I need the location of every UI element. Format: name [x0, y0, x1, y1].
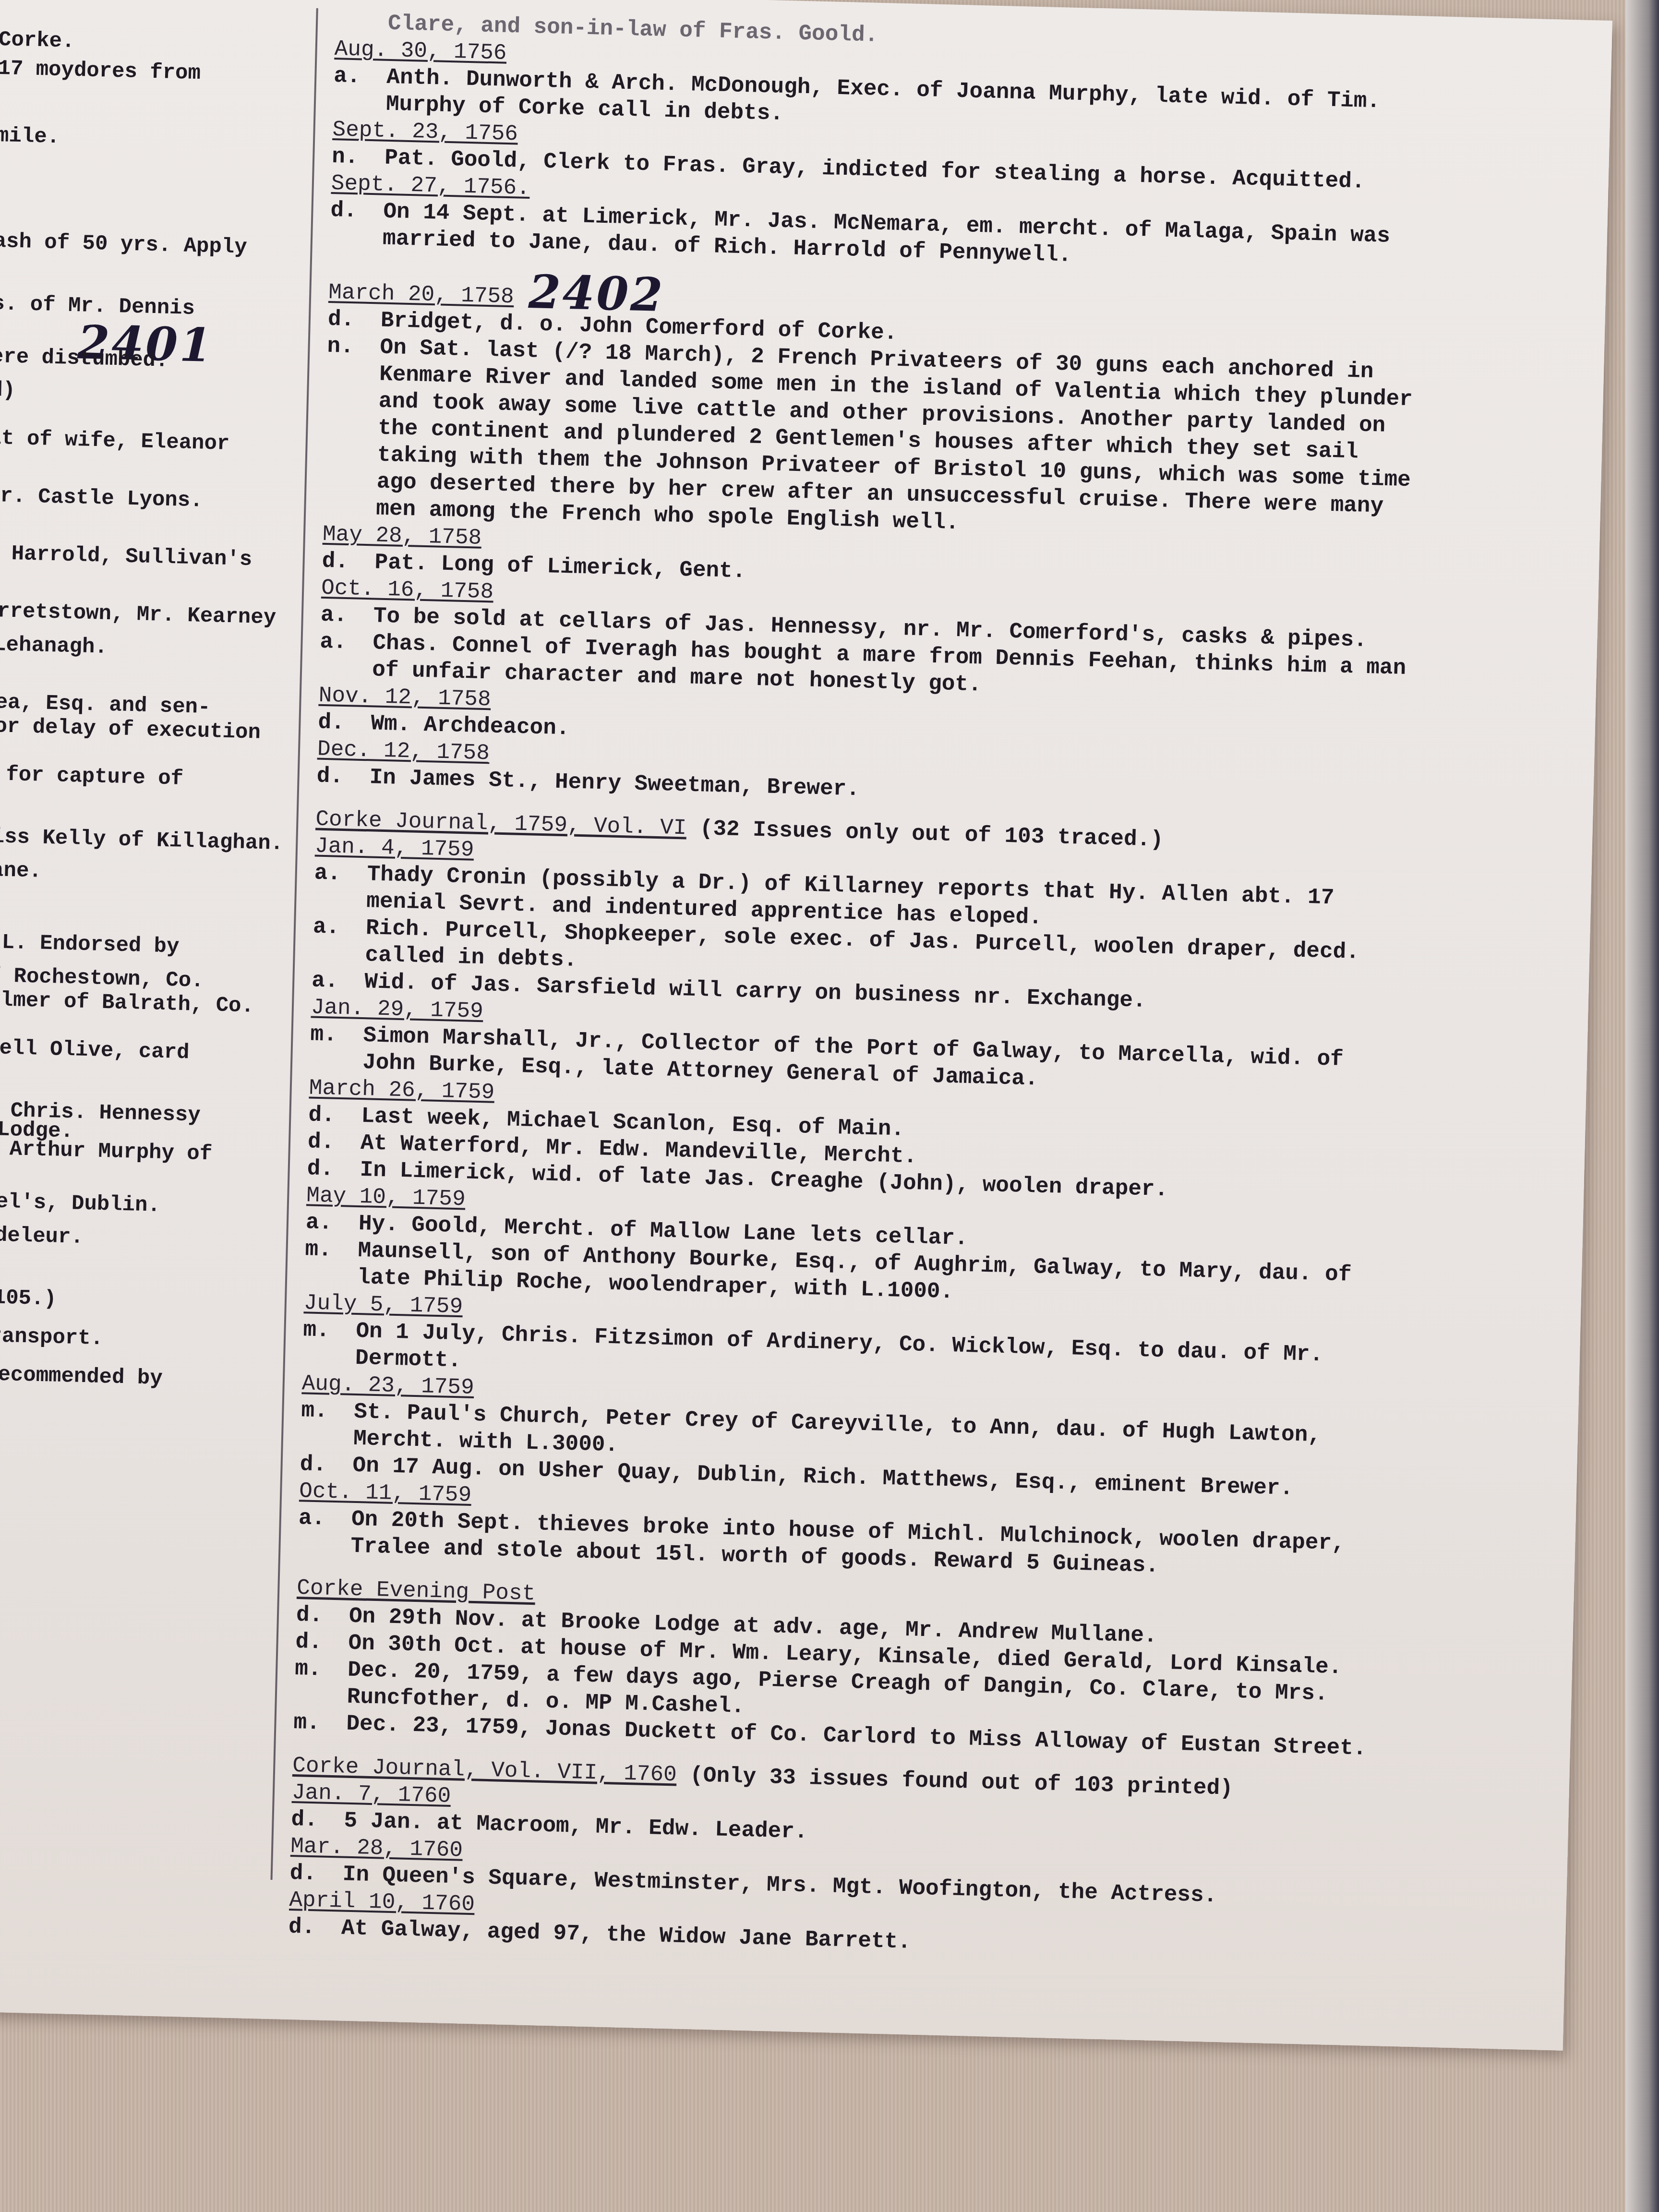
entry-type-code: m.: [310, 1021, 363, 1049]
entry-text: Dermott.: [355, 1345, 461, 1374]
left-column-fragment: andeleur.: [0, 1224, 84, 1248]
entry-type-code: [324, 440, 377, 469]
entry-type-code: [310, 1047, 363, 1076]
left-column-fragment: f 105.): [0, 1286, 57, 1310]
left-column-fragment: Miss Kelly of Killaghan.: [0, 826, 284, 854]
left-column-fragment: c.: [0, 888, 3, 910]
left-column-fragment: ash of 50 yrs. Apply: [0, 231, 247, 258]
entry-list: Aug. 30, 1756a.Anth. Dunworth & Arch. Mc…: [288, 36, 1601, 1971]
entry-type-code: [323, 494, 376, 522]
entry-type-code: a.: [320, 628, 373, 657]
left-column-fragment: of Rochestown, Co.: [0, 965, 204, 992]
left-column-fragment: d): [0, 380, 16, 401]
left-column: 2401 Corke.17 moydores frommile.ash of 5…: [0, 0, 307, 8]
entry-type-code: d.: [289, 1860, 343, 1888]
entry-type-code: [329, 224, 383, 252]
entry-type-code: d.: [327, 306, 381, 334]
entry-date: March 20, 1758: [328, 279, 515, 310]
entry-type-code: [324, 467, 377, 495]
entry-text: Wm. Archdeacon.: [371, 710, 570, 742]
entry-type-code: d.: [296, 1601, 349, 1630]
entry-type-code: d.: [308, 1101, 361, 1130]
left-column-fragment: it of wife, Eleanor: [0, 428, 230, 455]
entry-date: April 10, 1760: [289, 1887, 475, 1918]
dated-entry: March 20, 17582402d.Bridget, d. o. John …: [323, 251, 1597, 552]
entry-type-code: d.: [300, 1451, 353, 1479]
left-column-fragment: kwell Olive, card: [0, 1037, 190, 1063]
entry-type-code: d.: [330, 197, 384, 225]
left-column-fragment: 0 L. Endorsed by: [0, 931, 180, 957]
entry-date: May 28, 1758: [322, 521, 482, 552]
left-column-fragment: Lehanagh.: [0, 634, 108, 658]
entry-type-code: [312, 940, 365, 968]
entry-type-code: a.: [312, 967, 365, 995]
dated-entry: Corke Evening Postd.On 29th Nov. at Broo…: [293, 1558, 1564, 1767]
left-column-fragment: Corke.: [0, 29, 75, 52]
entry-type-code: d.: [295, 1628, 349, 1657]
entry-type-code: [302, 1343, 355, 1371]
entry-type-code: d.: [291, 1806, 344, 1834]
entry-type-code: [300, 1424, 353, 1452]
entry-type-code: a.: [298, 1504, 351, 1533]
entry-type-code: d.: [307, 1155, 360, 1183]
entry-type-code: [326, 360, 380, 388]
left-column-fragment: Transport.: [0, 1325, 104, 1349]
left-column-fragment: arretstown, Mr. Kearney: [0, 601, 276, 629]
entry-type-code: d.: [307, 1128, 361, 1156]
entry-type-code: n.: [327, 333, 380, 361]
entry-type-code: [325, 386, 379, 415]
left-column-fragment: , for capture of: [0, 763, 184, 789]
left-column-fragment: 17 moydores from: [0, 58, 201, 84]
entry-type-code: m.: [303, 1316, 356, 1345]
entry-type-code: n.: [332, 143, 385, 171]
entry-type-code: [333, 89, 386, 118]
dated-entry: Corke Journal, 1759, Vol. VI (32 Issues …: [312, 790, 1584, 1025]
entry-type-code: [298, 1531, 351, 1560]
book-spine-edge: [1625, 0, 1659, 2212]
left-column-fragment: mile.: [0, 125, 60, 148]
left-column-fragment: . Harrold, Sullivan's: [0, 543, 252, 571]
entry-type-code: a.: [313, 914, 366, 942]
entry-date: Mar. 28, 1760: [290, 1833, 463, 1864]
entry-date: Jan. 7, 1760: [291, 1779, 451, 1810]
entry-date: Aug. 30, 1756: [334, 36, 507, 67]
entry-type-code: m.: [301, 1397, 354, 1425]
right-column: Clare, and son-in-law of Fras. Goold. Au…: [288, 9, 1602, 1971]
entry-date: Sept. 23, 1756: [332, 116, 518, 147]
entry-date: Oct. 11, 1759: [299, 1478, 472, 1509]
left-column-fragment: Recommended by: [0, 1364, 163, 1389]
entry-date: Nov. 12, 1758: [318, 682, 491, 713]
entry-type-code: a.: [305, 1209, 359, 1237]
entry-type-code: d.: [288, 1913, 341, 1942]
entry-date: Dec. 12, 1758: [317, 736, 490, 767]
entry-date: March 26, 1759: [309, 1074, 495, 1106]
entry-type-code: [294, 1682, 347, 1710]
entry-date: Jan. 29, 1759: [311, 994, 483, 1025]
left-column-fragment: s. of Mr. Dennis: [0, 293, 195, 319]
entry-type-code: [319, 655, 373, 684]
entry-date: Aug. 23, 1759: [301, 1370, 474, 1401]
entry-type-code: m.: [305, 1236, 358, 1264]
left-column-fragment: cane.: [0, 859, 42, 882]
left-column-fragment: Hea, Esq. and sen-: [0, 692, 211, 719]
entry-type-code: [325, 413, 378, 442]
entry-type-code: a.: [314, 860, 367, 888]
entry-type-code: m.: [295, 1655, 348, 1683]
left-column-fragment: hael's, Dublin.: [0, 1190, 160, 1216]
entry-date: Sept. 27, 1756.: [331, 170, 530, 202]
entry-date: May 10, 1759: [306, 1182, 466, 1213]
entry-type-code: d.: [322, 548, 375, 576]
left-column-fragment: nr. Castle Lyons.: [0, 485, 203, 512]
entry-type-code: [313, 887, 367, 915]
left-column-fragment: aylmer of Balrath, Co.: [0, 989, 254, 1017]
entry-date: Jan. 4, 1759: [314, 833, 474, 864]
entry-type-code: [304, 1262, 358, 1291]
left-column-fragment: ere distumbed.: [0, 346, 168, 372]
left-column-fragment: for delay of execution: [0, 716, 261, 744]
entry-type-code: d.: [316, 763, 370, 791]
entry-type-code: a.: [320, 601, 373, 630]
left-column-fragment: of Arthur Murphy of: [0, 1138, 213, 1165]
entry-type-code: a.: [334, 62, 387, 91]
handwritten-page-number-right: 2402: [528, 278, 664, 309]
entry-date: Oct. 16, 1758: [321, 575, 494, 606]
entry-type-code: m.: [293, 1709, 347, 1737]
entry-type-code: d.: [318, 709, 371, 737]
document-page: 2401 Corke.17 moydores frommile.ash of 5…: [0, 0, 1612, 2051]
entry-date: July 5, 1759: [303, 1289, 463, 1320]
